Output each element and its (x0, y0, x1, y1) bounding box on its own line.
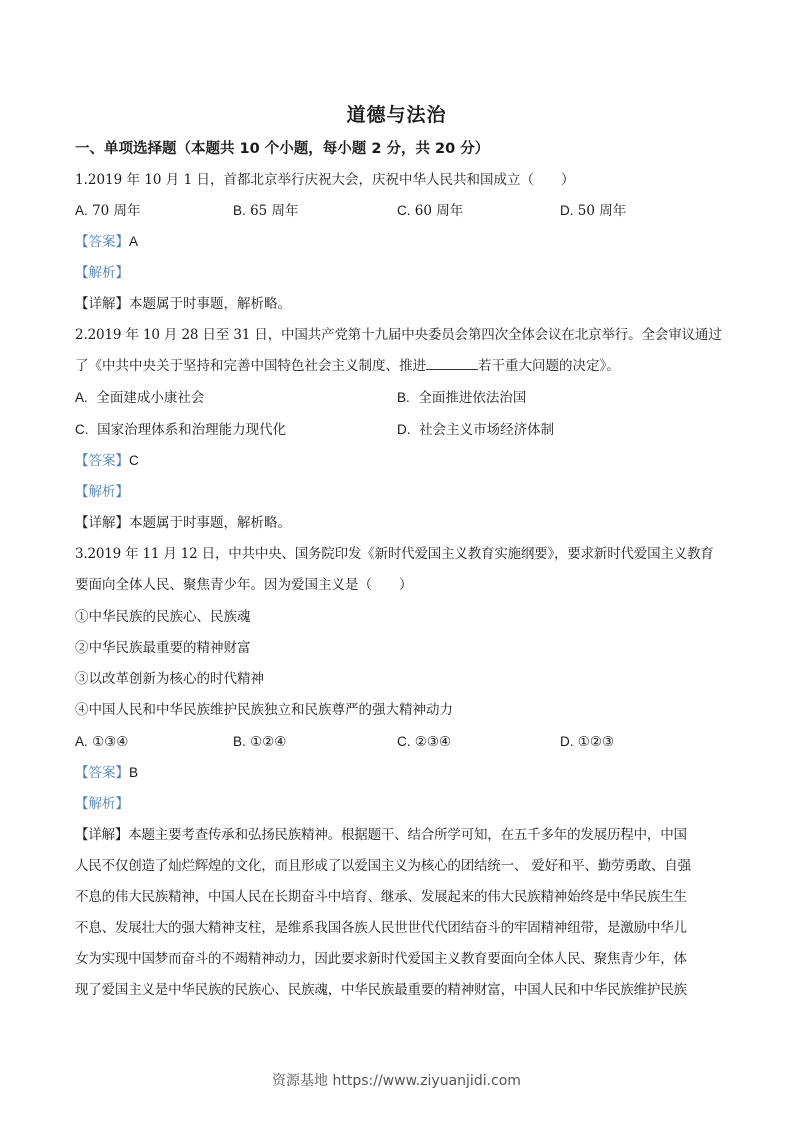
question-3-detail-line-6: 现了爱国主义是中华民族的民族心、民族魂，中华民族最重要的精神财富，中国人民和中华… (75, 980, 725, 1000)
question-3-item-4: ④中国人民和中华民族维护民族独立和民族尊严的强大精神动力 (75, 700, 725, 720)
detail-label: 【详解】 (75, 515, 129, 531)
question-3-detail-line-3: 不息的伟大民族精神，中国人民在长期奋斗中培育、继承、发展起来的伟大民族精神始终是… (75, 887, 725, 907)
detail-label: 【详解】 (75, 827, 128, 843)
question-1-stem: 1.2019 年 10 月 1 日，首都北京举行庆祝大会，庆祝中华人民共和国成立… (75, 170, 725, 190)
option-text: 50 周年 (578, 203, 626, 219)
footer-watermark: 资源基地 https://www.ziyuanjidi.com (0, 1070, 793, 1090)
page-title: 道德与法治 (0, 100, 793, 127)
question-2-answer: 【答案】C (75, 451, 725, 471)
question-2-option-b: B. 全面推进依法治国 (397, 388, 526, 408)
question-3-option-b: B. ①②④ (233, 732, 286, 752)
question-1-option-d: D. 50 周年 (560, 201, 626, 221)
question-3-detail-line-4: 不息、发展壮大的强大精神支柱，是维系我国各族人民世世代代团结奋斗的牢固精神纽带，… (75, 918, 725, 938)
question-1-answer: 【答案】A (75, 232, 725, 252)
answer-value: A (129, 234, 138, 249)
answer-value: B (129, 765, 138, 780)
option-letter: B. (233, 203, 246, 218)
detail-text: 本题主要考查传承和弘扬民族精神。根据题干、结合所学可知，在五千多年的发展历程中，… (128, 827, 687, 843)
option-text: 国家治理体系和治理能力现代化 (97, 422, 286, 438)
question-2-option-d: D. 社会主义市场经济体制 (397, 420, 554, 440)
option-letter: A. (75, 203, 88, 218)
option-text: ①②④ (250, 734, 286, 750)
question-3-item-2: ②中华民族最重要的精神财富 (75, 638, 725, 658)
option-letter: C. (397, 203, 411, 218)
option-letter: B. (397, 390, 410, 405)
question-3-option-d: D. ①②③ (560, 732, 614, 752)
question-2-option-c: C. 国家治理体系和治理能力现代化 (75, 420, 286, 440)
document-page: 道德与法治 一、单项选择题（本题共 10 个小题，每小题 2 分，共 20 分）… (0, 0, 793, 1122)
question-1-option-b: B. 65 周年 (233, 201, 299, 221)
question-2-option-a: A. 全面建成小康社会 (75, 388, 204, 408)
option-text: 60 周年 (415, 203, 463, 219)
stem-text: 了《中共中央关于坚持和完善中国特色社会主义制度、推进 (75, 358, 426, 374)
detail-text: 本题属于时事题，解析略。 (129, 296, 291, 312)
question-3-stem-line-1: 3.2019 年 11 月 12 日，中共中央、国务院印发《新时代爱国主义教育实… (75, 544, 725, 564)
analysis-label: 【解析】 (75, 796, 129, 812)
option-letter: D. (560, 734, 574, 749)
option-letter: B. (233, 734, 246, 749)
question-3-answer: 【答案】B (75, 763, 725, 783)
option-text: 社会主义市场经济体制 (419, 422, 554, 438)
option-letter: A. (75, 734, 88, 749)
option-text: ①②③ (578, 734, 614, 750)
analysis-label: 【解析】 (75, 265, 129, 281)
fill-blank (426, 357, 478, 370)
analysis-label: 【解析】 (75, 484, 129, 500)
answer-label: 【答案】 (75, 453, 129, 469)
answer-label: 【答案】 (75, 234, 129, 250)
question-3-detail-line-2: 人民不仅创造了灿烂辉煌的文化，而且形成了以爱国主义为核心的团结统一、 爱好和平、… (75, 856, 725, 876)
option-letter: D. (560, 203, 574, 218)
question-3-stem-line-2: 要面向全体人民、聚焦青少年。因为爱国主义是（ ） (75, 575, 725, 595)
question-1-analysis: 【解析】 (75, 263, 725, 283)
option-letter: C. (75, 422, 89, 437)
question-3-detail-line-5: 女为实现中国梦而奋斗的不竭精神动力，因此要求新时代爱国主义教育要面向全体人民、聚… (75, 949, 725, 969)
question-2-detail: 【详解】本题属于时事题，解析略。 (75, 513, 725, 533)
option-text: 全面建成小康社会 (96, 390, 204, 406)
question-3-option-a: A. ①③④ (75, 732, 128, 752)
option-text: 全面推进依法治国 (418, 390, 526, 406)
question-3-option-c: C. ②③④ (397, 732, 451, 752)
option-letter: D. (397, 422, 411, 437)
question-2-stem-line-2: 了《中共中央关于坚持和完善中国特色社会主义制度、推进若干重大问题的决定》。 (75, 356, 725, 376)
option-letter: A. (75, 390, 88, 405)
question-1-option-c: C. 60 周年 (397, 201, 463, 221)
detail-label: 【详解】 (75, 296, 129, 312)
answer-value: C (129, 453, 139, 468)
question-3-detail-line-1: 【详解】本题主要考查传承和弘扬民族精神。根据题干、结合所学可知，在五千多年的发展… (75, 825, 725, 845)
stem-text: 若干重大问题的决定》。 (478, 358, 620, 374)
option-text: 65 周年 (250, 203, 298, 219)
option-text: ①③④ (92, 734, 128, 750)
answer-label: 【答案】 (75, 765, 129, 781)
option-letter: C. (397, 734, 411, 749)
question-1-option-a: A. 70 周年 (75, 201, 141, 221)
option-text: ②③④ (415, 734, 451, 750)
question-3-analysis: 【解析】 (75, 794, 725, 814)
option-text: 70 周年 (92, 203, 140, 219)
question-3-item-3: ③以改革创新为核心的时代精神 (75, 669, 725, 689)
section-heading: 一、单项选择题（本题共 10 个小题，每小题 2 分，共 20 分） (75, 139, 725, 159)
question-2-analysis: 【解析】 (75, 482, 725, 502)
question-1-detail: 【详解】本题属于时事题，解析略。 (75, 294, 725, 314)
question-3-item-1: ①中华民族的民族心、民族魂 (75, 607, 725, 627)
detail-text: 本题属于时事题，解析略。 (129, 515, 291, 531)
question-2-stem-line-1: 2.2019 年 10 月 28 日至 31 日，中国共产党第十九届中央委员会第… (75, 325, 725, 345)
